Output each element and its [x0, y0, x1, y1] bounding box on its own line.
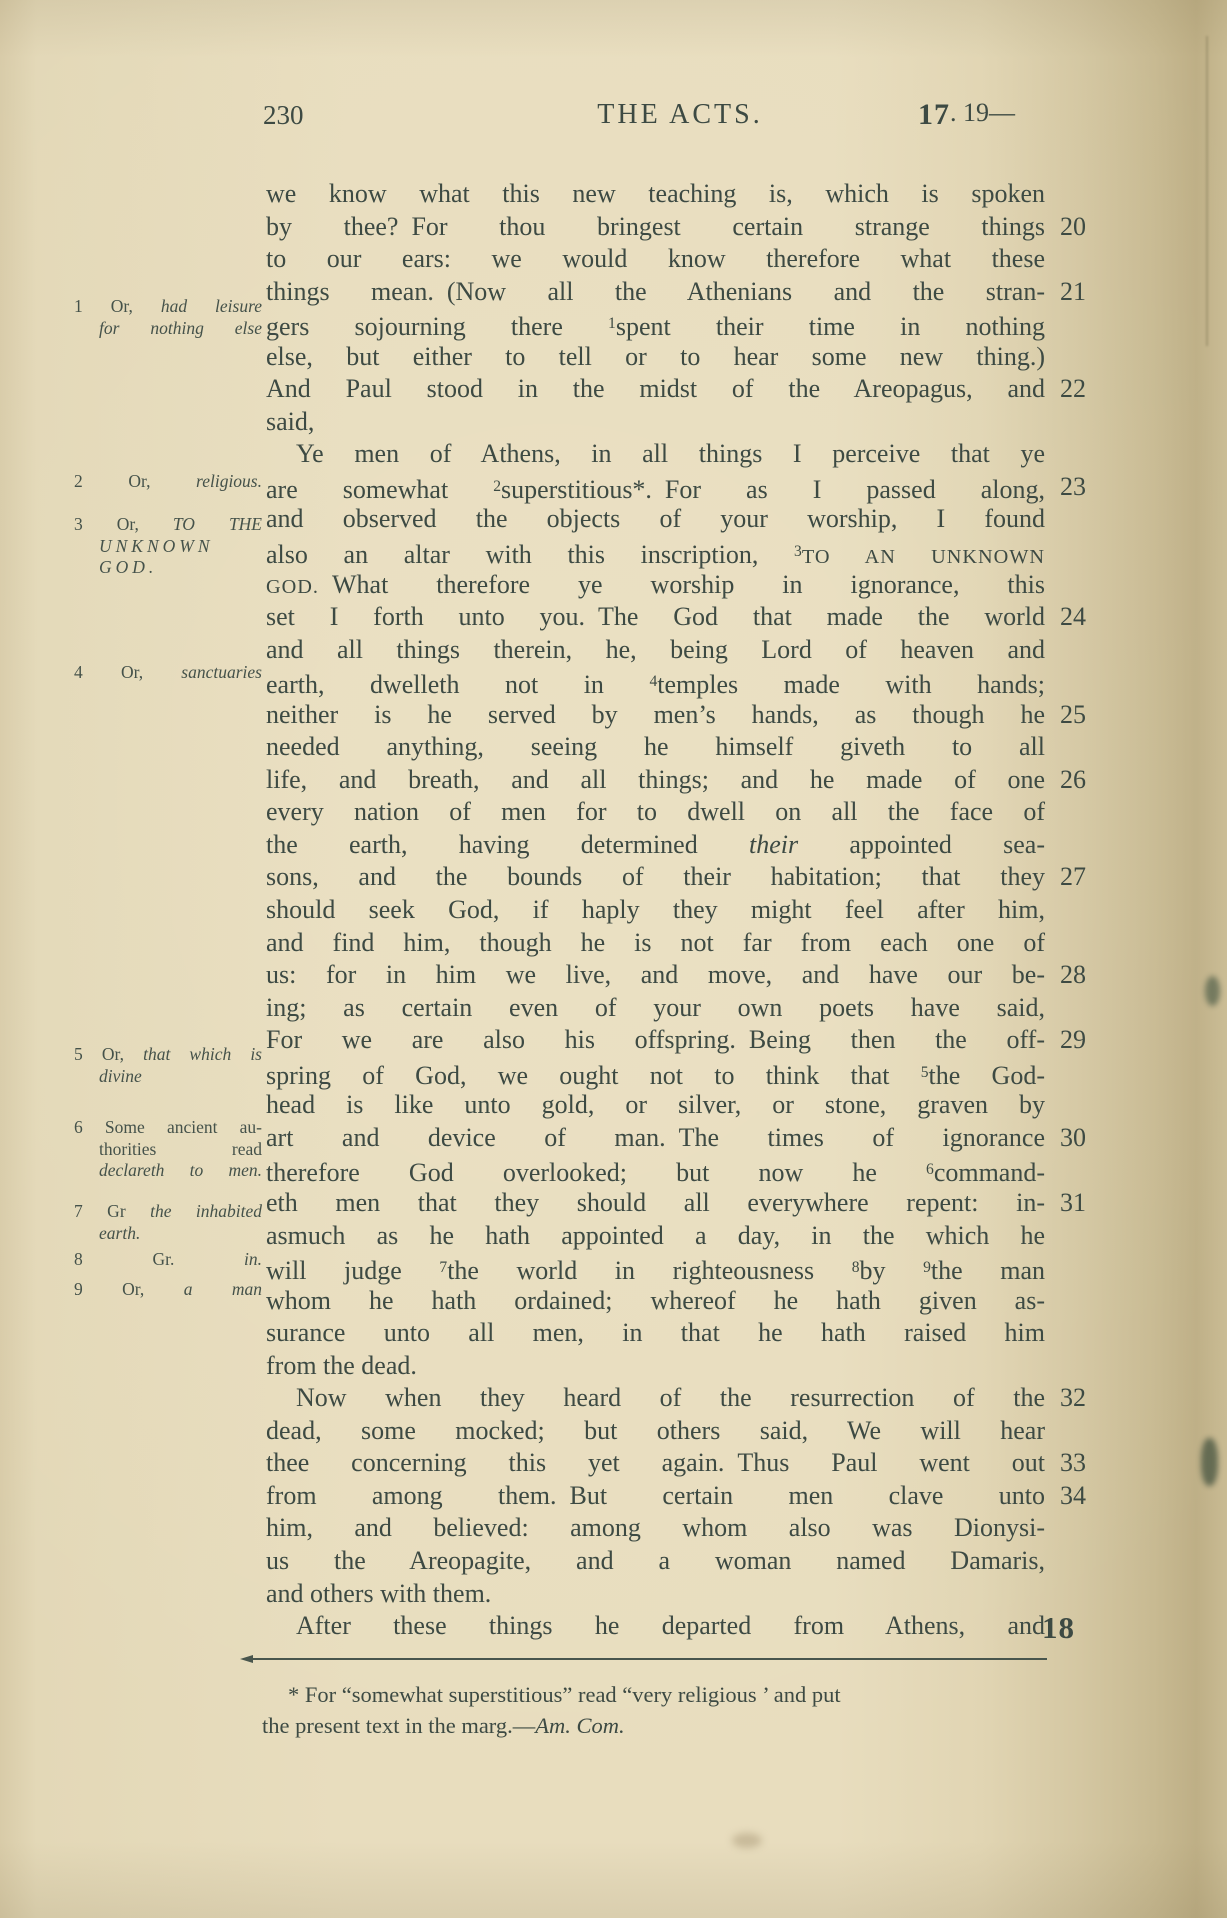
verse-text: And Paul stood in the midst of the Areop… [266, 373, 1045, 406]
verse-text: said, [266, 406, 1045, 439]
text-line: art and device of man. The times of igno… [266, 1122, 1045, 1155]
verse-text: and all things therein, he, being Lord o… [266, 634, 1045, 667]
text-line: and all things therein, he, being Lord o… [266, 634, 1045, 667]
verse-text: by thee? For thou bringest certain stran… [266, 211, 1045, 244]
text-line: dead, some mocked; but others said, We w… [266, 1415, 1045, 1448]
verse-text: needed anything, seeing he himself givet… [266, 731, 1045, 764]
verse-text: art and device of man. The times of igno… [266, 1122, 1045, 1155]
text-line: also an altar with this inscription, 3TO… [266, 536, 1045, 569]
margin-note: 1 Or, had leisurefor nothing else [74, 296, 262, 339]
text-line: will judge 7the world in righteousness 8… [266, 1252, 1045, 1285]
verse-text: to our ears: we would know therefore wha… [266, 243, 1045, 276]
text-line: by thee? For thou bringest certain stran… [266, 211, 1045, 244]
verse-text: Ye men of Athens, in all things I percei… [266, 438, 1045, 471]
chapter-number: 18 [1042, 1612, 1075, 1643]
verse-text: eth men that they should all everywhere … [266, 1187, 1045, 1220]
verse-number: 21 [1060, 276, 1086, 309]
verse-text: head is like unto gold, or silver, or st… [266, 1089, 1045, 1122]
margin-note-line: 9 Or, a man [74, 1279, 262, 1301]
text-line: every nation of men for to dwell on all … [266, 796, 1045, 829]
verse-text: thee concerning this yet again. Thus Pau… [266, 1447, 1045, 1480]
margin-note-line: thorities read [74, 1139, 262, 1161]
footnote: * For “somewhat superstitious” read “ver… [262, 1680, 1054, 1741]
text-line: are somewhat 2superstitious*. For as I p… [266, 471, 1045, 504]
text-line: from among them. But certain men clave u… [266, 1480, 1045, 1513]
text-line: spring of God, we ought not to think tha… [266, 1057, 1045, 1090]
page-stain [732, 1833, 762, 1848]
verse-text: and observed the objects of your worship… [266, 503, 1045, 536]
verse-text: we know what this new teaching is, which… [266, 178, 1045, 211]
verse-text: us: for in him we live, and move, and ha… [266, 959, 1045, 992]
verse-text: After these things he departed from Athe… [266, 1610, 1045, 1643]
text-line: whom he hath ordained; whereof he hath g… [266, 1285, 1045, 1318]
page-stain [1205, 976, 1220, 1006]
verse-number: 28 [1060, 959, 1086, 992]
margin-note-line: 4 Or, sanctuaries [74, 662, 262, 684]
text-line: said, [266, 406, 1045, 439]
text-line: surance unto all men, in that he hath ra… [266, 1317, 1045, 1350]
verse-text: the earth, having determined their appoi… [266, 829, 1045, 862]
page-stain [1201, 1438, 1218, 1486]
margin-note-line: declareth to men. [74, 1160, 262, 1182]
verse-text: life, and breath, and all things; and he… [266, 764, 1045, 797]
verse-number: 32 [1060, 1382, 1086, 1415]
verse-text: neither is he served by men’s hands, as … [266, 699, 1045, 732]
verse-text: spring of God, we ought not to think tha… [266, 1057, 1045, 1093]
running-title: THE ACTS. [0, 99, 1227, 131]
verse-text: For we are also his offspring. Being the… [266, 1024, 1045, 1057]
text-line: neither is he served by men’s hands, as … [266, 699, 1045, 732]
verse-number: 30 [1060, 1122, 1086, 1155]
verse-text: surance unto all men, in that he hath ra… [266, 1317, 1045, 1350]
text-line: For we are also his offspring. Being the… [266, 1024, 1045, 1057]
margin-note-line: divine [74, 1066, 262, 1088]
margin-note-line: UNKNOWN [74, 536, 262, 558]
text-line: him, and believed: among whom also was D… [266, 1512, 1045, 1545]
verse-text: else, but either to tell or to hear some… [266, 341, 1045, 374]
verse-text: us the Areopagite, and a woman named Dam… [266, 1545, 1045, 1578]
verse-number: 23 [1060, 471, 1086, 504]
margin-note-line: 1 Or, had leisure [74, 296, 262, 318]
text-line: to our ears: we would know therefore wha… [266, 243, 1045, 276]
text-line: earth, dwelleth not in 4temples made wit… [266, 666, 1045, 699]
verse-number: 31 [1060, 1187, 1086, 1220]
text-line: and observed the objects of your worship… [266, 503, 1045, 536]
verse-number: 20 [1060, 211, 1086, 244]
verse-number: 26 [1060, 764, 1086, 797]
margin-note-line: 7 Gr the inhabited [74, 1201, 262, 1223]
footnote-line: the present text in the marg.—Am. Com. [262, 1711, 1054, 1742]
verse-text: ing; as certain even of your own poets h… [266, 992, 1045, 1025]
verse-text: from among them. But certain men clave u… [266, 1480, 1045, 1513]
margin-note: 3 Or, TO THEUNKNOWNGOD. [74, 514, 262, 579]
verse-text: from the dead. [266, 1350, 1045, 1383]
margin-note: 2 Or, religious. [74, 471, 262, 493]
margin-note-line: for nothing else [74, 318, 262, 340]
reference-chapter: 17 [918, 98, 950, 131]
verse-text: earth, dwelleth not in 4temples made wit… [266, 666, 1045, 702]
margin-note-line: earth. [74, 1223, 262, 1245]
verse-text: will judge 7the world in righteousness 8… [266, 1252, 1045, 1288]
verse-text: therefore God overlooked; but now he 6co… [266, 1154, 1045, 1190]
chapter-verse-reference: 17. 19— [918, 98, 950, 132]
margin-note-line: GOD. [74, 557, 262, 579]
text-line: After these things he departed from Athe… [266, 1610, 1045, 1643]
verse-text: and find him, though he is not far from … [266, 927, 1045, 960]
verse-text: set I forth unto you. The God that made … [266, 601, 1045, 634]
verse-text: and others with them. [266, 1578, 1045, 1611]
margin-note: 7 Gr the inhabitedearth. [74, 1201, 262, 1244]
verse-text: things mean. (Now all the Athenians and … [266, 276, 1045, 309]
text-line: from the dead. [266, 1350, 1045, 1383]
text-line: and find him, though he is not far from … [266, 927, 1045, 960]
margin-note-line: 3 Or, TO THE [74, 514, 262, 536]
reference-verses: . 19— [950, 98, 1015, 128]
margin-note: 9 Or, a man [74, 1279, 262, 1301]
text-line: asmuch as he hath appointed a day, in th… [266, 1220, 1045, 1253]
text-line: thee concerning this yet again. Thus Pau… [266, 1447, 1045, 1480]
text-line: Now when they heard of the resurrection … [266, 1382, 1045, 1415]
verse-text: whom he hath ordained; whereof he hath g… [266, 1285, 1045, 1318]
verse-number: 29 [1060, 1024, 1086, 1057]
text-line: needed anything, seeing he himself givet… [266, 731, 1045, 764]
text-line: Ye men of Athens, in all things I percei… [266, 438, 1045, 471]
text-line: life, and breath, and all things; and he… [266, 764, 1045, 797]
verse-text: GOD. What therefore ye worship in ignora… [266, 569, 1045, 604]
margin-note-line: 6 Some ancient au- [74, 1117, 262, 1139]
margin-note-line: 2 Or, religious. [74, 471, 262, 493]
verse-text: every nation of men for to dwell on all … [266, 796, 1045, 829]
verse-text: sons, and the bounds of their habitation… [266, 861, 1045, 894]
body-text: we know what this new teaching is, which… [266, 178, 1045, 1643]
verse-number: 22 [1060, 373, 1086, 406]
text-line: ing; as certain even of your own poets h… [266, 992, 1045, 1025]
verse-text: him, and believed: among whom also was D… [266, 1512, 1045, 1545]
margin-note-line: 5 Or, that which is [74, 1044, 262, 1066]
text-line: and others with them. [266, 1578, 1045, 1611]
text-line: we know what this new teaching is, which… [266, 178, 1045, 211]
text-line: us the Areopagite, and a woman named Dam… [266, 1545, 1045, 1578]
verse-text: asmuch as he hath appointed a day, in th… [266, 1220, 1045, 1253]
text-line: head is like unto gold, or silver, or st… [266, 1089, 1045, 1122]
verse-number: 34 [1060, 1480, 1086, 1513]
text-line: else, but either to tell or to hear some… [266, 341, 1045, 374]
verse-text: gers sojourning there 1spent their time … [266, 308, 1045, 344]
text-line: And Paul stood in the midst of the Areop… [266, 373, 1045, 406]
text-line: GOD. What therefore ye worship in ignora… [266, 569, 1045, 602]
text-line: us: for in him we live, and move, and ha… [266, 959, 1045, 992]
footnote-separator-rule [252, 1658, 1047, 1660]
verse-number: 24 [1060, 601, 1086, 634]
footnote-line: * For “somewhat superstitious” read “ver… [262, 1680, 1054, 1711]
verse-text: should seek God, if haply they might fee… [266, 894, 1045, 927]
verse-text: dead, some mocked; but others said, We w… [266, 1415, 1045, 1448]
verse-number: 33 [1060, 1447, 1086, 1480]
text-line: set I forth unto you. The God that made … [266, 601, 1045, 634]
text-line: eth men that they should all everywhere … [266, 1187, 1045, 1220]
margin-note: 4 Or, sanctuaries [74, 662, 262, 684]
text-line: the earth, having determined their appoi… [266, 829, 1045, 862]
margin-note-line: 8 Gr. in. [74, 1249, 262, 1271]
verse-number: 25 [1060, 699, 1086, 732]
margin-note: 5 Or, that which isdivine [74, 1044, 262, 1087]
text-line: therefore God overlooked; but now he 6co… [266, 1154, 1045, 1187]
margin-note: 8 Gr. in. [74, 1249, 262, 1271]
text-line: sons, and the bounds of their habitation… [266, 861, 1045, 894]
verse-text: are somewhat 2superstitious*. For as I p… [266, 471, 1045, 507]
verse-text: Now when they heard of the resurrection … [266, 1382, 1045, 1415]
text-line: should seek God, if haply they might fee… [266, 894, 1045, 927]
verse-number: 27 [1060, 861, 1086, 894]
book-page: 230 THE ACTS. 17. 19— 1 Or, had leisuref… [0, 0, 1227, 1918]
text-line: gers sojourning there 1spent their time … [266, 308, 1045, 341]
page-crease [1206, 36, 1208, 346]
text-line: things mean. (Now all the Athenians and … [266, 276, 1045, 309]
margin-note: 6 Some ancient au-thorities readdeclaret… [74, 1117, 262, 1182]
